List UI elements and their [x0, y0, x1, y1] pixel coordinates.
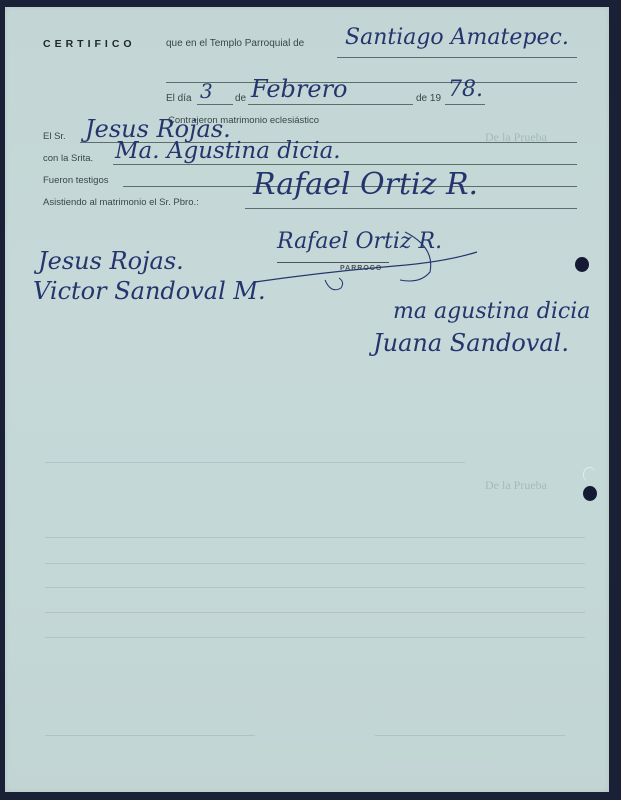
year-line	[445, 104, 485, 105]
temple-value[interactable]: Santiago Amatepec.	[345, 25, 569, 50]
bleed-line	[375, 735, 565, 736]
priest-label: Asistiendo al matrimonio el Sr. Pbro.:	[43, 197, 199, 208]
bleed-heading-bottom: De la Prueba	[485, 478, 547, 493]
month-line	[248, 104, 413, 105]
day-label: El día	[166, 93, 192, 104]
bride-value[interactable]: Ma. Agustina dicia.	[115, 138, 341, 164]
temple-label: que en el Templo Parroquial de	[166, 38, 304, 49]
witnesses-label: Fueron testigos	[43, 175, 108, 186]
month-value[interactable]: Febrero	[251, 75, 348, 103]
bleed-line	[45, 637, 585, 638]
parroco-flourish	[245, 222, 485, 302]
bleed-line	[45, 587, 585, 588]
temple-line-2	[166, 82, 577, 83]
bride-label: con la Srita.	[43, 153, 93, 164]
bleed-line	[45, 735, 255, 736]
priest-line	[245, 208, 577, 209]
bleed-line	[45, 537, 585, 538]
punch-hole-bottom	[583, 486, 597, 501]
punch-hole-top	[575, 257, 589, 272]
day-line	[197, 104, 233, 105]
punch-hole-ghost	[583, 467, 596, 482]
certifico-heading: CERTIFICO	[43, 38, 136, 50]
signature-witness-1: Victor Sandoval M.	[33, 277, 266, 305]
bleed-line	[45, 563, 585, 564]
year-value[interactable]: 78.	[448, 77, 483, 102]
bleed-line	[45, 462, 465, 463]
groom-label: El Sr.	[43, 131, 66, 142]
day-value[interactable]: 3	[200, 79, 213, 103]
month-label: de	[235, 93, 246, 104]
signature-groom: Jesus Rojas.	[38, 247, 184, 275]
temple-line	[337, 57, 577, 58]
bleed-heading-top: De la Prueba	[485, 130, 547, 145]
certificate-page: CERTIFICO que en el Templo Parroquial de…	[5, 7, 609, 792]
signature-bride: ma agustina dicia	[393, 299, 590, 324]
year-label: de 19	[416, 93, 441, 104]
priest-value[interactable]: Rafael Ortiz R.	[253, 167, 478, 202]
bride-line	[113, 164, 577, 165]
signature-witness-2: Juana Sandoval.	[373, 329, 569, 357]
bleed-line	[45, 612, 585, 613]
